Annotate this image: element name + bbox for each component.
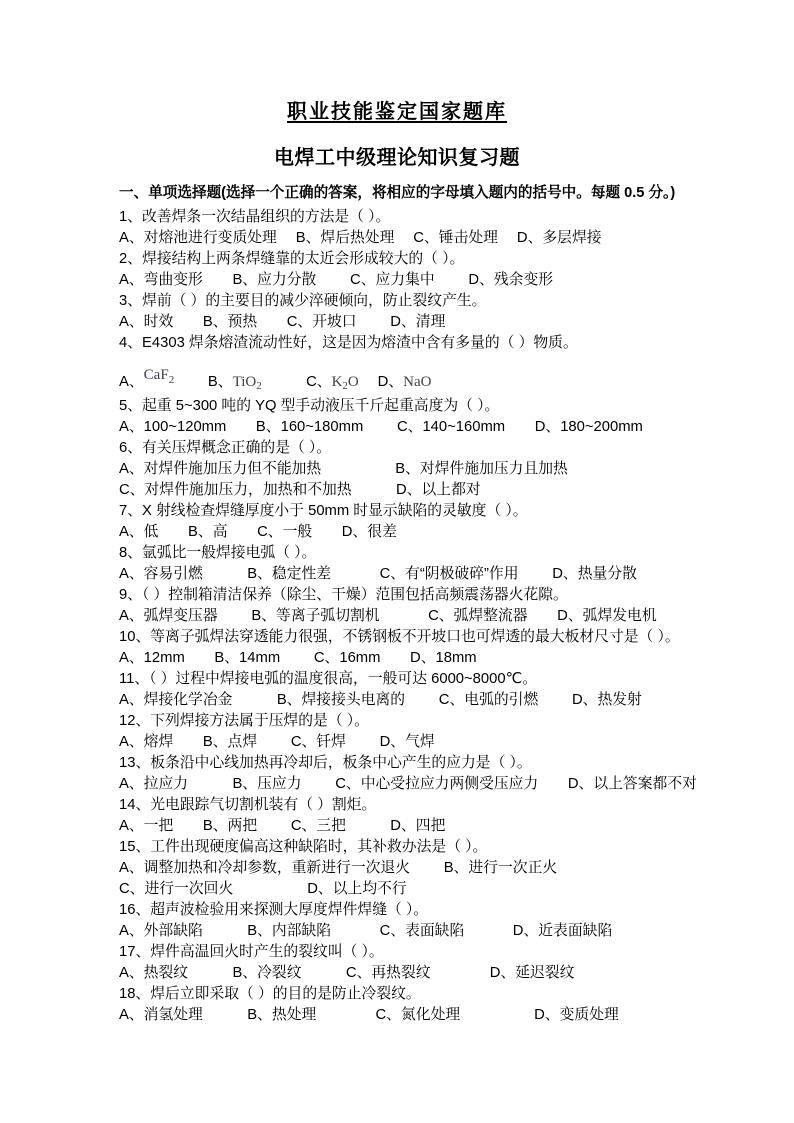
question-list: 1、改善焊条一次结晶组织的方法是（ ）。A、对熔池进行变质处理 B、焊后热处理 …	[119, 207, 719, 1026]
document-page: 职业技能鉴定国家题库 电焊工中级理论知识复习题 一、单项选择题(选择一个正确的答…	[0, 0, 794, 1123]
options-line: A、对焊件施加压力但不能加热 B、对焊件施加压力且加热	[119, 459, 719, 480]
option-label: C、	[262, 374, 332, 390]
options-line: A、拉应力 B、压应力 C、中心受拉应力两侧受压应力 D、以上答案都不对	[119, 774, 719, 795]
chemical-formula: K	[332, 374, 343, 390]
chemical-formula: NaO	[403, 374, 431, 390]
options-line: A、12mm B、14mm C、16mm D、18mm	[119, 648, 719, 669]
options-line-formulas: A、CaF2 B、TiO2 C、K2O D、NaO	[119, 354, 719, 396]
question-text: 8、氩弧比一般焊接电弧（ ）。	[119, 543, 719, 564]
question-text: 4、E4303 焊条熔渣流动性好，这是因为熔渣中含有多量的（ ）物质。	[119, 333, 719, 354]
options-line: C、进行一次回火 D、以上均不行	[119, 879, 719, 900]
question-text: 13、板条沿中心线加热再冷却后，板条中心产生的应力是（ ）。	[119, 753, 719, 774]
options-line: A、低 B、高 C、一般 D、很差	[119, 522, 719, 543]
section-header: 一、单项选择题(选择一个正确的答案，将相应的字母填入题内的括号中。每题 0.5 …	[119, 184, 794, 203]
options-line: A、焊接化学冶金 B、焊接接头电离的 C、电弧的引燃 D、热发射	[119, 690, 719, 711]
options-line: A、热裂纹 B、冷裂纹 C、再热裂纹 D、延迟裂纹	[119, 963, 719, 984]
options-line: A、一把 B、两把 C、三把 D、四把	[119, 816, 719, 837]
question-text: 17、焊件高温回火时产生的裂纹叫（ ）。	[119, 942, 719, 963]
question-text: 7、X 射线检查焊缝厚度小于 50mm 时显示缺陷的灵敏度（ ）。	[119, 501, 719, 522]
options-line: A、对熔池进行变质处理 B、焊后热处理 C、锤击处理 D、多层焊接	[119, 228, 719, 249]
question-text: 6、有关压焊概念正确的是（ ）。	[119, 438, 719, 459]
options-line: A、熔焊 B、点焊 C、钎焊 D、气焊	[119, 732, 719, 753]
question-text: 9、（ ）控制箱清洁保养（除尘、干燥）范围包括高频震荡器火花隙。	[119, 585, 719, 606]
question-text: 18、焊后立即采取（ ）的目的是防止冷裂纹。	[119, 984, 719, 1005]
question-text: 2、焊接结构上两条焊缝靠的太近会形成较大的（ ）。	[119, 249, 719, 270]
question-text: 5、起重 5~300 吨的 YQ 型手动液压千斤起重高度为（ ）。	[119, 396, 719, 417]
question-text: 10、等离子弧焊法穿透能力很强，不锈钢板不开坡口也可焊透的最大板材尺寸是（ ）。	[119, 627, 719, 648]
options-line: A、消氢处理 B、热处理 C、氮化处理 D、变质处理	[119, 1005, 719, 1026]
question-text: 14、光电跟踪气切割机装有（ ）割炬。	[119, 795, 719, 816]
question-text: 3、焊前（ ）的主要目的减少淬硬倾向，防止裂纹产生。	[119, 291, 719, 312]
options-line: A、时效 B、预热 C、开坡口 D、清理	[119, 312, 719, 333]
options-line: A、弧焊变压器 B、等离子弧切割机 C、弧焊整流器 D、弧焊发电机	[119, 606, 719, 627]
question-text: 16、超声波检验用来探测大厚度焊件焊缝（ ）。	[119, 900, 719, 921]
option-label: D、	[359, 374, 403, 390]
option-label: A、	[119, 374, 144, 390]
chemical-formula: O	[348, 374, 359, 390]
question-text: 15、工件出现硬度偏高这种缺陷时，其补救办法是（ ）。	[119, 837, 719, 858]
options-line: A、100~120mm B、160~180mm C、140~160mm D、18…	[119, 417, 719, 438]
options-line: A、弯曲变形 B、应力分散 C、应力集中 D、残余变形	[119, 270, 719, 291]
document-subtitle: 电焊工中级理论知识复习题	[0, 145, 794, 171]
chemical-formula: TiO	[233, 374, 257, 390]
options-line: A、调整加热和冷却参数，重新进行一次退火 B、进行一次正火	[119, 858, 719, 879]
document-title: 职业技能鉴定国家题库	[0, 100, 794, 124]
question-text: 1、改善焊条一次结晶组织的方法是（ ）。	[119, 207, 719, 228]
options-line: A、容易引燃 B、稳定性差 C、有“阴极破碎”作用 D、热量分散	[119, 564, 719, 585]
options-line: A、外部缺陷 B、内部缺陷 C、表面缺陷 D、近表面缺陷	[119, 921, 719, 942]
question-text: 12、下列焊接方法属于压焊的是（ ）。	[119, 711, 719, 732]
option-label: B、	[174, 374, 232, 390]
options-line: C、对焊件施加压力，加热和不加热 D、以上都对	[119, 480, 719, 501]
question-text: 11、（ ）过程中焊接电弧的温度很高，一般可达 6000~8000℃。	[119, 669, 719, 690]
chemical-formula: CaF	[144, 367, 169, 383]
